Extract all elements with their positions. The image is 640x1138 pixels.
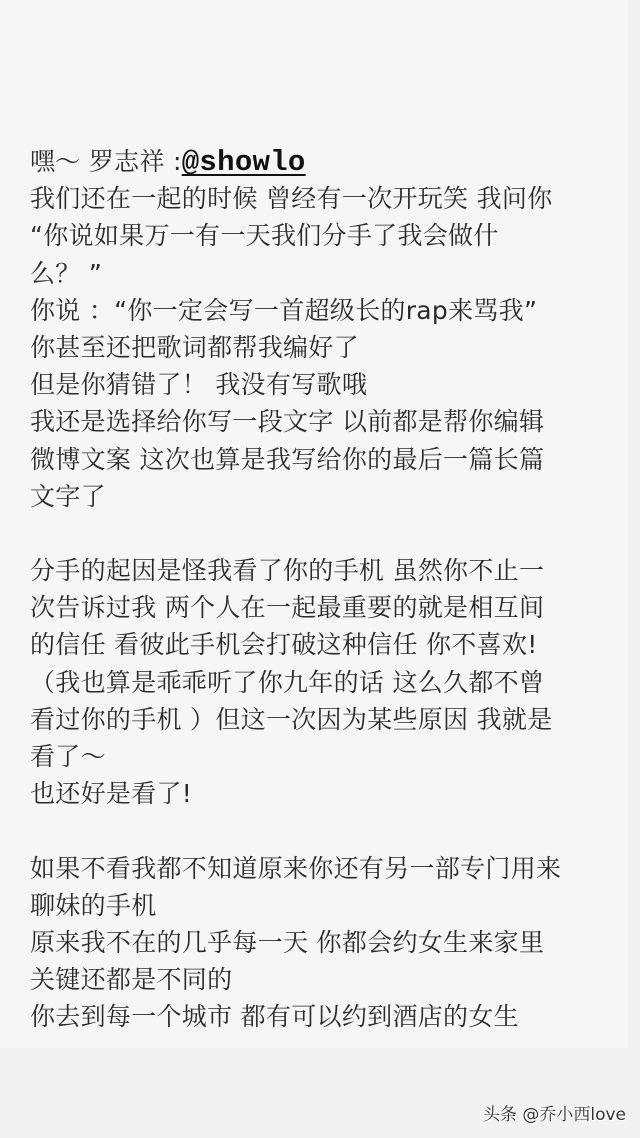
text-line: 的信任 看彼此手机会打破这种信任 你不喜欢! [30,626,610,663]
text-line: 我们还在一起的时候 曾经有一次开玩笑 我问你 [30,180,610,217]
text-line: 次告诉过我 两个人在一起最重要的就是相互间 [30,589,610,626]
user-handle-link[interactable]: @showlo [182,146,306,179]
text-line: 你去到每一个城市 都有可以约到酒店的女生 [30,998,610,1035]
text-line: 原来我不在的几乎每一天 你都会约女生来家里 [30,924,610,961]
paragraph-gap [30,812,610,849]
text-line: 你说 ：“你一定会写一首超级长的rap来骂我” [30,292,610,329]
source-watermark: 头条 @乔小西love [483,1100,626,1125]
text-line: 看过你的手机 ）但这一次因为某些原因 我就是 [30,701,610,738]
text-line: 你甚至还把歌词都帮我编好了 [30,329,610,366]
post-image-card: 嘿～ 罗志祥 :@showlo 我们还在一起的时候 曾经有一次开玩笑 我问你 “… [0,0,628,1048]
text-line: 我还是选择给你写一段文字 以前都是帮你编辑 [30,403,610,440]
text-line: 分手的起因是怪我看了你的手机 虽然你不止一 [30,552,610,589]
text-line: 微博文案 这次也算是我写给你的最后一篇长篇 [30,441,610,478]
text-line: 文字了 [30,478,610,515]
text-line: （我也算是乖乖听了你九年的话 这么久都不曾 [30,664,610,701]
text-line: 如果不看我都不知道原来你还有另一部专门用来 [30,850,610,887]
greeting-text: 嘿～ 罗志祥 : [30,147,182,176]
text-line: 也还好是看了! [30,775,610,812]
text-line: 聊妹的手机 [30,887,610,924]
text-line: 看了～ [30,738,610,775]
text-line: “你说如果万一有一天我们分手了我会做什 [30,217,610,254]
text-line: 但是你猜错了！ 我没有写歌哦 [30,366,610,403]
greeting-line: 嘿～ 罗志祥 :@showlo [30,143,610,180]
paragraph-gap [30,515,610,552]
text-line: 么？ ” [30,255,610,292]
post-text: 嘿～ 罗志祥 :@showlo 我们还在一起的时候 曾经有一次开玩笑 我问你 “… [30,143,610,1036]
text-line: 关键还都是不同的 [30,961,610,998]
